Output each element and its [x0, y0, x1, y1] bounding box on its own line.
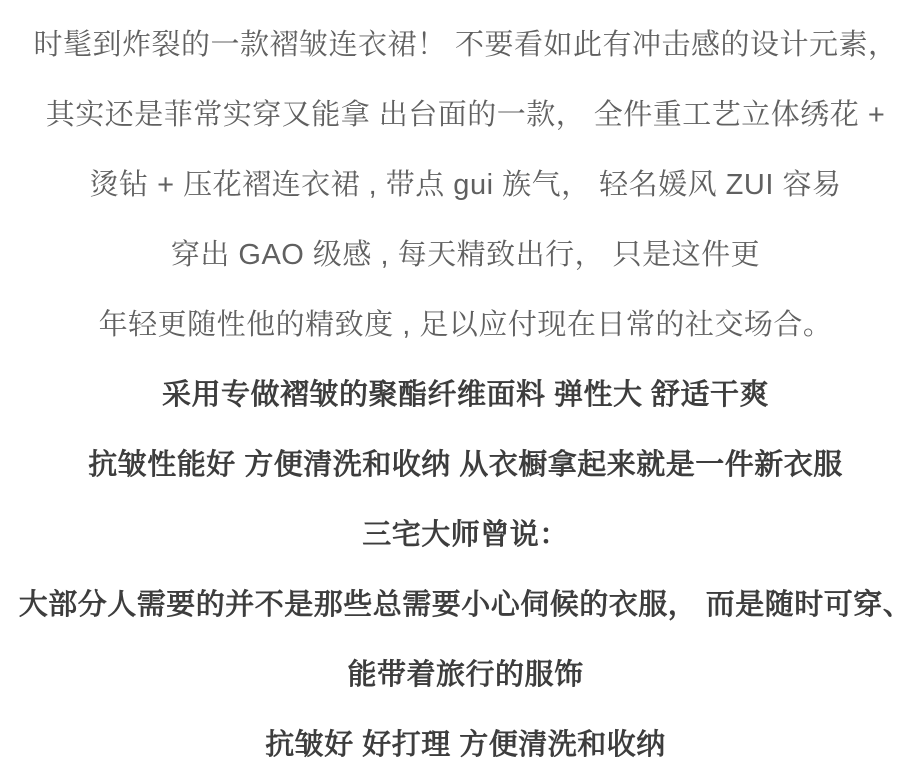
text-line: 抗皱性能好 方便清洗和收纳 从衣橱拿起来就是一件新衣服 — [16, 430, 915, 500]
text-line: 抗皱好 好打理 方便清洗和收纳 — [16, 710, 915, 780]
text-line: 其实还是菲常实穿又能拿 出台面的一款， 全件重工艺立体绣花 + — [16, 80, 915, 150]
product-description-page: 时髦到炸裂的一款褶皱连衣裙！ 不要看如此有冲击感的设计元素， 其实还是菲常实穿又… — [0, 0, 915, 784]
text-line: 采用专做褶皱的聚酯纤维面料 弹性大 舒适干爽 — [16, 360, 915, 430]
text-line: 时髦到炸裂的一款褶皱连衣裙！ 不要看如此有冲击感的设计元素， — [16, 10, 915, 80]
text-line: 能带着旅行的服饰 — [16, 640, 915, 710]
text-line: 三宅大师曾说： — [16, 500, 915, 570]
text-line: 穿出 GAO 级感 , 每天精致出行， 只是这件更 — [16, 220, 915, 290]
text-line: 年轻更随性他的精致度 , 足以应付现在日常的社交场合。 — [16, 290, 915, 360]
text-line: 大部分人需要的并不是那些总需要小心伺候的衣服， 而是随时可穿、 — [16, 570, 915, 640]
text-line: 烫钻 + 压花褶连衣裙 , 带点 gui 族气， 轻名媛风 ZUI 容易 — [16, 150, 915, 220]
